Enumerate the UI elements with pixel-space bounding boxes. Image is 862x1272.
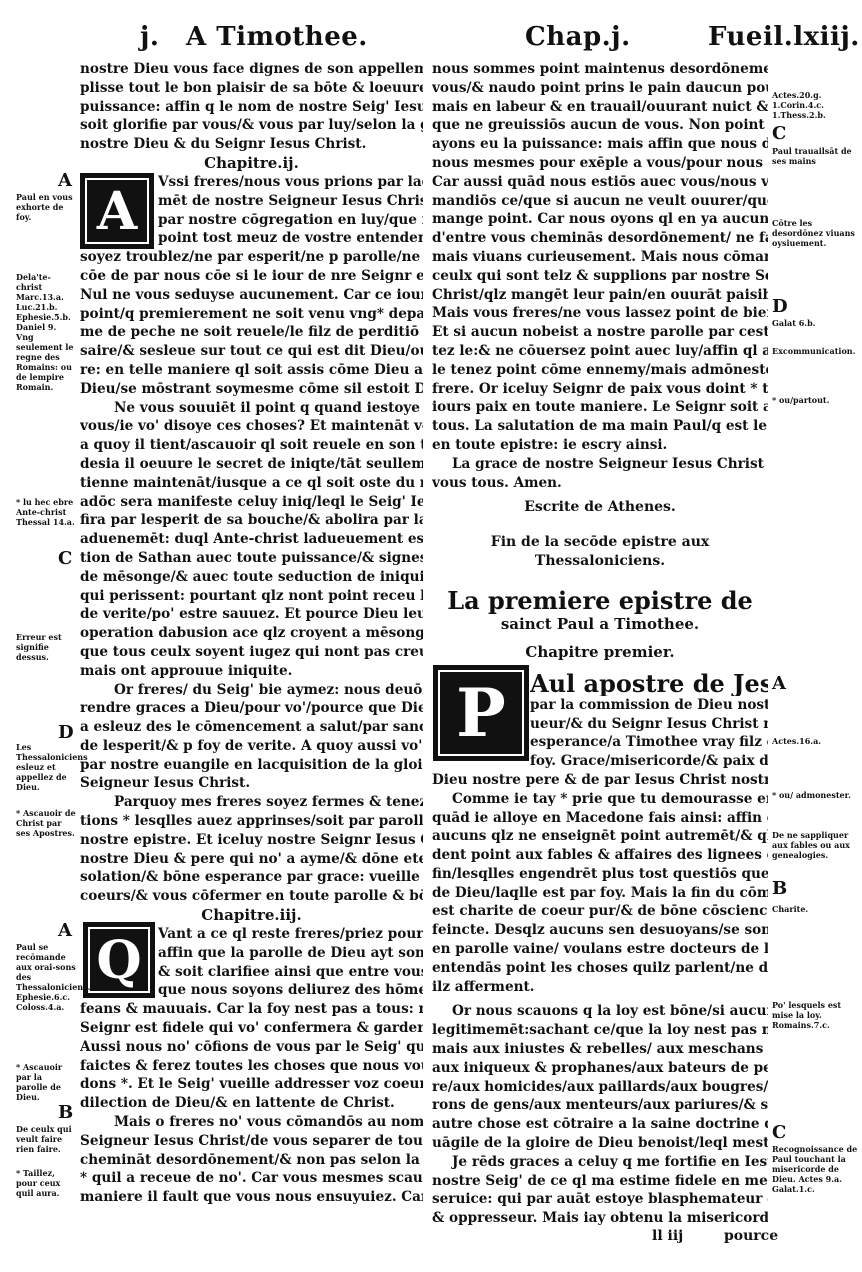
text-line: que nous soyons deliurez des hōmes mal <box>158 981 423 1000</box>
margin-note: Actes.20.g. 1.Corin.4.c. 1.Thess.2.b. <box>772 90 858 120</box>
chapter-1-heading: Chapitre premier. <box>432 643 768 662</box>
text-line: ayons eu la puissance: mais affin que no… <box>432 135 768 154</box>
text-line: Comme ie tay * prie que tu demourasse en… <box>432 790 768 809</box>
text-line: tez le:& ne cōuersez point auec luy/affi… <box>432 342 768 361</box>
text-line: autre chose est cōtraire a la saine doct… <box>432 1115 768 1134</box>
text-line: tous. La salutation de ma main Paul/q es… <box>432 417 768 436</box>
text-line: nostre Seig' de ce ql ma estime fidele e… <box>432 1172 768 1191</box>
text-line: par nostre euangile en lacquisition de l… <box>80 756 423 775</box>
text-line: tions * lesqlles auez apprinses/soit par… <box>80 812 423 831</box>
decorated-initial-p: P <box>433 665 529 761</box>
margin-section-letter: D <box>58 722 74 743</box>
margin-note: Excommunication. <box>772 346 858 356</box>
text-line: ceulx qui sont telz & supplions par nost… <box>432 267 768 286</box>
text-line: Dieu/se mōstrant soymesme cōme sil estoi… <box>80 380 423 399</box>
text-line: point tost meuz de vostre entendement:& … <box>158 229 423 248</box>
text-line: Je rēds graces a celuy q me fortifie en … <box>432 1153 768 1172</box>
text-line: aucuns qlz ne enseignēt point autremēt/&… <box>432 827 768 846</box>
text-line: mange point. Car nous oyons ql en ya auc… <box>432 210 768 229</box>
text-line: Seignr est fidele qui vo' confermera & g… <box>80 1019 423 1038</box>
text-line: rendre graces a Dieu/pour vo'/pource que… <box>80 699 423 718</box>
text-line: faictes & ferez toutes les choses que no… <box>80 1057 423 1076</box>
margin-note: Les Thessaloniciens esleuz et appellez d… <box>16 742 76 792</box>
text-line: qui perissent: pourtant qlz nont point r… <box>80 587 423 606</box>
margin-note: Paul trauailsāt de ses mains <box>772 146 858 166</box>
text-line: feans & mauuais. Car la foy nest pas a t… <box>80 1000 423 1019</box>
text-line: vous/ie vo' disoye ces choses? Et mainte… <box>80 417 423 436</box>
text-line: Car aussi quād nous estiōs auec vous/nou… <box>432 173 768 192</box>
margin-section-letter: B <box>772 878 787 899</box>
text-line: en parolle vaine/ voulans estre docteurs… <box>432 940 768 959</box>
text-line: desia il oeuure le secret de iniqte/tāt … <box>80 455 423 474</box>
book-page: j. A Timothee. Chap.j. Fueil.lxiij. nost… <box>0 0 862 1272</box>
text-line: mais viuans curieusement. Mais nous cōma… <box>432 248 768 267</box>
text-line: nous mesmes pour exēple a vous/pour nous… <box>432 154 768 173</box>
margin-note: Dela'te-christ Marc.13.a. Luc.21.b. Ephe… <box>16 272 76 392</box>
text-line: nostre Dieu vous face dignes de son appe… <box>80 60 423 79</box>
margin-note: De ceulx qui veult faire rien faire. <box>16 1124 76 1154</box>
text-line: ueur/& du Seignr Iesus Christ nostre <box>530 715 768 734</box>
text-line: seruice: qui par auāt estoye blasphemate… <box>432 1190 768 1209</box>
text-line: vous/& naudo point prins le pain daucun … <box>432 79 768 98</box>
text-line: saire/& sesleue sur tout ce qui est dit … <box>80 342 423 361</box>
text-line: d'entre vous cheminās desordōnement/ ne … <box>432 229 768 248</box>
text-line: affin que la parolle de Dieu ayt son cou… <box>158 944 423 963</box>
text-line: Ne vous souuiēt il point q quand iestoye… <box>80 399 423 418</box>
text-line: mais ont approuue iniquite. <box>80 662 423 681</box>
text-line: re/aux homicides/aux paillards/aux bougr… <box>432 1078 768 1097</box>
text-line: uāgile de la gloire de Dieu benoist/leql… <box>432 1134 768 1153</box>
text-line: entendās point les choses quilz parlent/… <box>432 959 768 978</box>
book-title: La premiere epistre de <box>432 587 768 615</box>
text-line: frere. Or iceluy Seignr de paix vous doi… <box>432 380 768 399</box>
written-from: Escrite de Athenes. <box>432 498 768 517</box>
text-line: me de peche ne soit reuele/le filz de pe… <box>80 323 423 342</box>
margin-note: Paul en vous exhorte de foy. <box>16 192 76 222</box>
text-line: puissance: affin q le nom de nostre Seig… <box>80 98 423 117</box>
margin-note: Paul se recōmande aux orai-sons des Thes… <box>16 942 76 1012</box>
text-line: que ne greuissiōs aucun de vous. Non poi… <box>432 116 768 135</box>
text-line: aduenemēt: duql Ante-christ ladueuement … <box>80 530 423 549</box>
text-line: Parquoy mes freres soyez fermes & tenez … <box>80 793 423 812</box>
left-folio: j. <box>140 22 159 52</box>
margin-note: Recognoissance de Paul touchant la miser… <box>772 1144 858 1194</box>
text-line: Et si aucun nobeist a nostre parolle par… <box>432 323 768 342</box>
text-line: nous sommes point maintenus desordōnemen… <box>432 60 768 79</box>
text-line: ilz afferment. <box>432 978 768 997</box>
text-line: par nostre cōgregation en luy/que ne soy… <box>158 211 423 230</box>
text-line: Vant a ce ql reste freres/priez pour nou… <box>158 925 423 944</box>
text-line: foy. Grace/misericorde/& paix de par <box>530 752 768 771</box>
right-text-column: nous sommes point maintenus desordōnemen… <box>432 60 768 1228</box>
text-line: Or freres/ du Seig' bie aymez: nous deuō… <box>80 681 423 700</box>
text-line: cōe de par nous cōe si le iour de nre Se… <box>80 267 423 286</box>
text-line: * quil a receue de no'. Car vous mesmes … <box>80 1169 423 1188</box>
text-line: soit glorifie par vous/& vous par luy/se… <box>80 116 423 135</box>
text-line: est charite de coeur pur/& de bōne cōsci… <box>432 902 768 921</box>
margin-section-letter: C <box>58 548 72 569</box>
signature-mark: ll iij <box>652 1228 683 1244</box>
text-line: point/q premierement ne soit venu vng* d… <box>80 305 423 324</box>
text-line: fin/lesqlles engendrēt plus tost questiō… <box>432 865 768 884</box>
margin-section-letter: B <box>58 1102 73 1123</box>
text-line: Christ/qlz mangēt leur pain/en ouurāt pa… <box>432 286 768 305</box>
text-line: Nul ne vous seduyse aucunement. Car ce i… <box>80 286 423 305</box>
text-line: La grace de nostre Seigneur Iesus Christ… <box>432 455 768 474</box>
text-line: rons de gens/aux menteurs/aux pariures/&… <box>432 1096 768 1115</box>
margin-note: Cōtre les desordōnez viuans oysiuement. <box>772 218 858 248</box>
text-line: de lesperit/& p foy de verite. A quoy au… <box>80 737 423 756</box>
decorated-initial-q: Q <box>83 922 155 998</box>
margin-note: Charite. <box>772 904 858 914</box>
text-line: le tenez point cōme ennemy/mais admōnest… <box>432 361 768 380</box>
text-line: a esleuz des le cōmencement a salut/par … <box>80 718 423 737</box>
text-line: maniere il fault que vous nous ensuyuiez… <box>80 1188 423 1207</box>
text-line: mais en labeur & en trauail/ouurant nuic… <box>432 98 768 117</box>
text-line: mēt de nostre Seigneur Iesus Christ/& de <box>158 192 423 211</box>
text-line: Mais o freres no' vous cōmandōs au nom d… <box>80 1113 423 1132</box>
margin-section-letter: C <box>772 1122 786 1143</box>
margin-note: Po' lesquels est mise la loy. Romains.7.… <box>772 1000 858 1030</box>
text-line: operation dabusion ace qlz croyent a mēs… <box>80 624 423 643</box>
text-line: iours paix en toute maniere. Le Seignr s… <box>432 398 768 417</box>
chapter-2-heading: Chapitre.ij. <box>80 154 423 173</box>
text-line: chemināt desordōnement/& non pas selon l… <box>80 1151 423 1170</box>
text-line: aux iniqueux & prophanes/aux bateurs de … <box>432 1059 768 1078</box>
text-line: legitimemēt:sachant ce/que la loy nest p… <box>432 1021 768 1040</box>
text-line: nostre Dieu & du Seignr Iesus Christ. <box>80 135 423 154</box>
margin-section-letter: A <box>58 170 72 191</box>
margin-note: Galat 6.b. <box>772 318 858 328</box>
margin-note: * lu hec ebre Ante-christ Thessal 14.a. <box>16 497 76 527</box>
margin-section-letter: C <box>772 123 786 144</box>
margin-note: Erreur est signifie dessus. <box>16 632 76 662</box>
opening-words: Aul apostre de Jes' christ <box>530 672 768 696</box>
margin-section-letter: D <box>772 296 788 317</box>
text-line: de mēsonge/& auec toute seduction de ini… <box>80 568 423 587</box>
margin-note: De ne sappliquer aux fables ou aux genea… <box>772 830 858 860</box>
text-line: en toute epistre: ie escry ainsi. <box>432 436 768 455</box>
text-line: coeurs/& vous cōfermer en toute parolle … <box>80 887 423 906</box>
text-line: que tous ceulx soyent iugez qui nont pas… <box>80 643 423 662</box>
right-folio: Fueil.lxiij. <box>708 22 860 52</box>
margin-note: * Taillez, pour ceux quil aura. <box>16 1168 76 1198</box>
text-line: Seigneur Iesus Christ. <box>80 774 423 793</box>
text-line: dent point aux fables & affaires des lig… <box>432 846 768 865</box>
margin-section-letter: A <box>58 920 72 941</box>
margin-note: * ou/ admonester. <box>772 790 858 800</box>
text-line: solation/& bōne esperance par grace: vue… <box>80 868 423 887</box>
text-line: Dieu nostre pere & de par Iesus Christ n… <box>432 771 768 790</box>
margin-note: * Ascauoir de Christ par ses Apostres. <box>16 808 76 838</box>
end-of-epistle-note: Fin de la secōde epistre aux Thessalonic… <box>432 533 768 571</box>
text-line: nostre Dieu & pere qui no' a ayme/& dōne… <box>80 850 423 869</box>
text-line: Seigneur Iesus Christ/de vous separer de… <box>80 1132 423 1151</box>
text-line: plisse tout le bon plaisir de sa bōte & … <box>80 79 423 98</box>
margin-note: * ou/partout. <box>772 395 858 405</box>
text-line: Vssi freres/nous vous prions par ladueue… <box>158 173 423 192</box>
text-line: & soit clarifiee ainsi que entre vous/& … <box>158 963 423 982</box>
text-line: soyez troublez/ne par esperit/ne p parol… <box>80 248 423 267</box>
catchword: pource <box>724 1228 778 1244</box>
book-subtitle: sainct Paul a Timothee. <box>432 615 768 633</box>
text-line: dilection de Dieu/& en lattente de Chris… <box>80 1094 423 1113</box>
text-line: Aussi nous no' cōfions de vous par le Se… <box>80 1038 423 1057</box>
text-line: feincte. Desqlz aucuns sen desuoyans/se … <box>432 921 768 940</box>
text-line: Mais vous freres/ne vous lassez point de… <box>432 304 768 323</box>
text-line: dons *. Et le Seig' vueille addresser vo… <box>80 1075 423 1094</box>
text-line: adōc sera manifeste celuy iniq/leql le S… <box>80 493 423 512</box>
text-line: nostre epistre. Et iceluy nostre Seignr … <box>80 831 423 850</box>
margin-note: * Ascauoir par la parolle de Dieu. <box>16 1062 76 1102</box>
text-line: a quoy il tient/ascauoir ql soit reuele … <box>80 436 423 455</box>
text-line: vous tous. Amen. <box>432 474 768 493</box>
text-line: tion de Sathan auec toute puissance/& si… <box>80 549 423 568</box>
decorated-initial-a: A <box>80 173 154 249</box>
text-line: mandiōs ce/que si aucun ne veult ouurer/… <box>432 192 768 211</box>
text-line: quād ie alloye en Macedone fais ainsi: a… <box>432 809 768 828</box>
text-line: & oppresseur. Mais iay obtenu la miseric… <box>432 1209 768 1228</box>
text-line: tienne maintenāt/iusque a ce ql soit ost… <box>80 474 423 493</box>
margin-note: Actes.16.a. <box>772 736 858 746</box>
text-line: de Dieu/laqlle est par foy. Mais la fin … <box>432 884 768 903</box>
text-line: esperance/a Timothee vray filz en la <box>530 733 768 752</box>
right-running-title: Chap.j. <box>525 22 631 52</box>
text-line: fira par lesperit de sa bouche/& abolira… <box>80 511 423 530</box>
text-line: par la commission de Dieu nostre sau- <box>530 696 768 715</box>
text-line: de verite/po' estre sauuez. Et pource Di… <box>80 605 423 624</box>
margin-section-letter: A <box>772 673 786 694</box>
left-running-title: A Timothee. <box>186 22 368 52</box>
text-line: re: en telle maniere ql soit assis cōme … <box>80 361 423 380</box>
text-line: Or nous scauons q la loy est bōne/si auc… <box>432 1002 768 1021</box>
text-line: mais aux iniustes & rebelles/ aux mescha… <box>432 1040 768 1059</box>
